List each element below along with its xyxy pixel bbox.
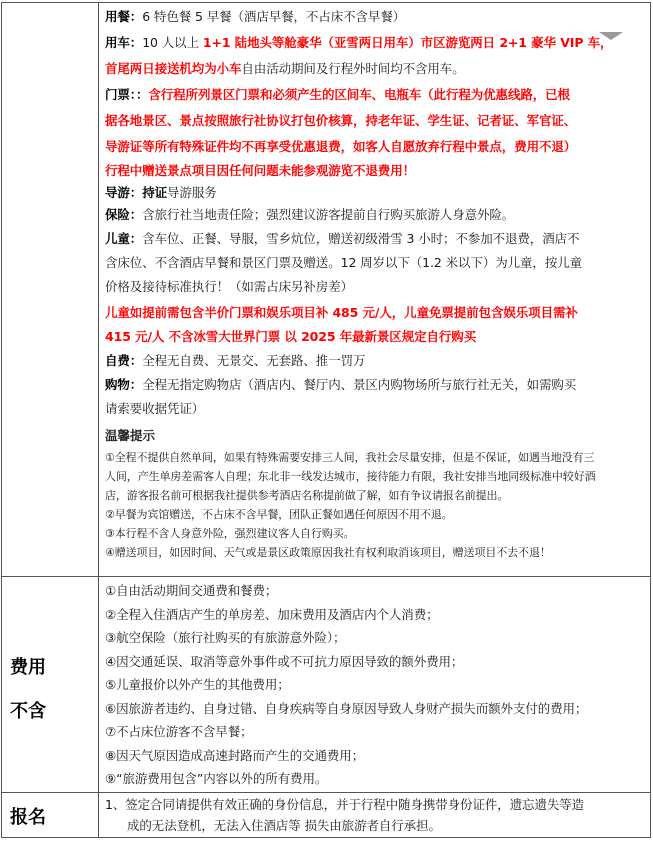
excluded-item-6: ⑥因旅游者违约、自身过错、自身疾病等自身原因导致人身财产损失而额外支付的费用；: [105, 697, 646, 721]
self-paid-text: 全程无自费、无景交、无套路、推一罚万: [142, 353, 365, 368]
guide-label: 导游：: [105, 185, 142, 200]
excluded-label-cell: 费用 不含: [2, 577, 99, 792]
excluded-item-2: ②全程入住酒店产生的单房差、加床费用及酒店内个人消费；: [105, 603, 646, 627]
registration-label-cell: 报名: [2, 793, 99, 837]
children-red-2: 415 元/人 不含冰雪大世界门票 以 2025 年最新景区规定自行购买: [105, 326, 646, 348]
registration-line-1: 1、签定合同请提供有效正确的身份信息，并于行程中随身携带身份证件，遗忘遗失等造: [105, 794, 646, 815]
excluded-item-4: ④因交通延误、取消等意外事件或不可抗力原因导致的额外费用；: [105, 650, 646, 674]
tips-line-2: 人间，产生单房差需客人自理；东北非一线发达城市，接待能力有限，我社安排当地同级标…: [105, 467, 646, 486]
insurance-line: 保险：含旅行社当地责任险；强烈建议游客提前自行购买旅游人身意外险。: [105, 204, 646, 226]
registration-label: 报名: [10, 803, 46, 829]
tickets-text-4: 行程中赠送景点项目因任何问题未能参观游览不退费用！: [105, 160, 646, 182]
included-label-cell: [2, 3, 99, 576]
children-text-2: 含床位、不含酒店早餐和景区门票及赠送。12 周岁以下（1.2 米以下）为儿童，按…: [105, 252, 646, 274]
tips-line-4: ②早餐为宾馆赠送，不占床不含早餐，团队正餐如遇任何原因不用不退。: [105, 505, 646, 524]
guide-text: 导游服务: [167, 185, 217, 200]
self-paid-label: 自费：: [105, 353, 142, 368]
children-text-1: 含车位、正餐、导服，雪乡炕位，赠送初级滑雪 3 小时；不参加不退费，酒店不: [142, 231, 579, 246]
vehicle-prefix: 10 人以上: [142, 35, 203, 50]
shopping-line-1: 购物：全程无指定购物店（酒店内、餐厅内、景区内购物场所与旅行社无关，如需购买: [105, 374, 646, 396]
included-row: 用餐：6 特色餐 5 早餐（酒店早餐，不占床不含早餐） 用车：10 人以上 1+…: [2, 3, 650, 577]
tickets-line-1: 门票：：含行程所列景区门票和必须产生的区间车、电瓶车（此行程为优惠线路，已根: [105, 84, 646, 106]
tips-line-1: ①全程不提供自然单间，如果有特殊需要安排三人间，我社会尽量安排，但是不保证，如遇…: [105, 448, 646, 467]
children-red-1: 儿童如提前需包含半价门票和娱乐项目补 485 元/人，儿童免票提前包含娱乐项目需…: [105, 302, 646, 324]
excluded-label-line1: 费用: [10, 653, 46, 679]
vehicle-highlight-1: 1+1 陆地头等舱豪华（亚雪两日用车）市区游览两日 2+1 豪华 VIP 车，: [203, 35, 613, 50]
tickets-label: 门票：：: [105, 87, 148, 102]
excluded-item-7: ⑦不占床位游客不含早餐；: [105, 720, 646, 744]
meals-line: 用餐：6 特色餐 5 早餐（酒店早餐，不占床不含早餐）: [105, 6, 646, 28]
children-label: 儿童：: [105, 231, 142, 246]
excluded-content-cell: ①自由活动期间交通费和餐费； ②全程入住酒店产生的单房差、加床费用及酒店内个人消…: [99, 577, 650, 792]
meals-label: 用餐：: [105, 9, 142, 24]
registration-content-cell: 1、签定合同请提供有效正确的身份信息，并于行程中随身携带身份证件，遗忘遗失等造 …: [99, 793, 650, 837]
children-text-3: 价格及接待标准执行！（如需占床另补房差）: [105, 276, 646, 298]
vehicle-line-2: 首尾两日接送机均为小车自由活动期间及行程外时间均不含用车。: [105, 58, 646, 80]
tips-title: 温馨提示: [105, 426, 646, 446]
tips-line-3: 店，游客报名前可根据我社提供参考酒店名称提前做了解，如有争议请报名前提出。: [105, 486, 646, 505]
included-content-cell: 用餐：6 特色餐 5 早餐（酒店早餐，不占床不含早餐） 用车：10 人以上 1+…: [99, 3, 650, 576]
excluded-item-8: ⑧因天气原因造成高速封路而产生的交通费用；: [105, 744, 646, 768]
vehicle-suffix: 自由活动期间及行程外时间均不含用车。: [241, 61, 464, 76]
tips-line-6: ④赠送项目，如因时间、天气或是景区政策原因我社有权利取消该项目，赠送项目不去不退…: [105, 543, 646, 562]
vehicle-highlight-2: 首尾两日接送机均为小车: [105, 61, 241, 76]
itinerary-terms-table: 用餐：6 特色餐 5 早餐（酒店早餐，不占床不含早餐） 用车：10 人以上 1+…: [1, 2, 651, 838]
tickets-text-2: 据各地景区、景点按照旅行社协议打包价核算，持老年证、学生证、记者证、军官证、: [105, 110, 646, 132]
shopping-label: 购物：: [105, 377, 142, 392]
excluded-item-9: ⑨“旅游费用包含”内容以外的所有费用。: [105, 767, 646, 791]
insurance-label: 保险：: [105, 207, 142, 222]
excluded-item-5: ⑤儿童报价以外产生的其他费用；: [105, 673, 646, 697]
guide-line: 导游：持证导游服务: [105, 182, 646, 204]
meals-text: 6 特色餐 5 早餐（酒店早餐，不占床不含早餐）: [142, 9, 405, 24]
excluded-item-1: ①自由活动期间交通费和餐费；: [105, 579, 646, 603]
guide-bold: 持证: [142, 185, 167, 200]
tickets-text-1: 含行程所列景区门票和必须产生的区间车、电瓶车（此行程为优惠线路，已根: [148, 87, 570, 102]
shopping-text-1: 全程无指定购物店（酒店内、餐厅内、景区内购物场所与旅行社无关，如需购买: [142, 377, 576, 392]
registration-row: 报名 1、签定合同请提供有效正确的身份信息，并于行程中随身携带身份证件，遗忘遗失…: [2, 793, 650, 837]
vehicle-line: 用车：10 人以上 1+1 陆地头等舱豪华（亚雪两日用车）市区游览两日 2+1 …: [105, 32, 646, 54]
excluded-row: 费用 不含 ①自由活动期间交通费和餐费； ②全程入住酒店产生的单房差、加床费用及…: [2, 577, 650, 793]
excluded-item-3: ③航空保险（旅行社购买的有旅游意外险）；: [105, 626, 646, 650]
insurance-text: 含旅行社当地责任险；强烈建议游客提前自行购买旅游人身意外险。: [142, 207, 514, 222]
scroll-marker-icon: [599, 32, 623, 40]
excluded-label-line2: 不含: [10, 697, 46, 723]
tickets-text-3: 导游证等所有特殊证件均不再享受优惠退费，如客人自愿放弃行程中景点，费用不退）: [105, 136, 646, 158]
children-line-1: 儿童：含车位、正餐、导服，雪乡炕位，赠送初级滑雪 3 小时；不参加不退费，酒店不: [105, 228, 646, 250]
self-paid-line: 自费：全程无自费、无景交、无套路、推一罚万: [105, 350, 646, 372]
shopping-text-2: 请索要收据凭证）: [105, 398, 646, 420]
vehicle-label: 用车：: [105, 35, 142, 50]
tips-line-5: ③本行程不含人身意外险，强烈建议客人自行购买。: [105, 524, 646, 543]
registration-line-2: 成的无法登机，无法入住酒店等 损失由旅游者自行承担。: [105, 815, 646, 836]
